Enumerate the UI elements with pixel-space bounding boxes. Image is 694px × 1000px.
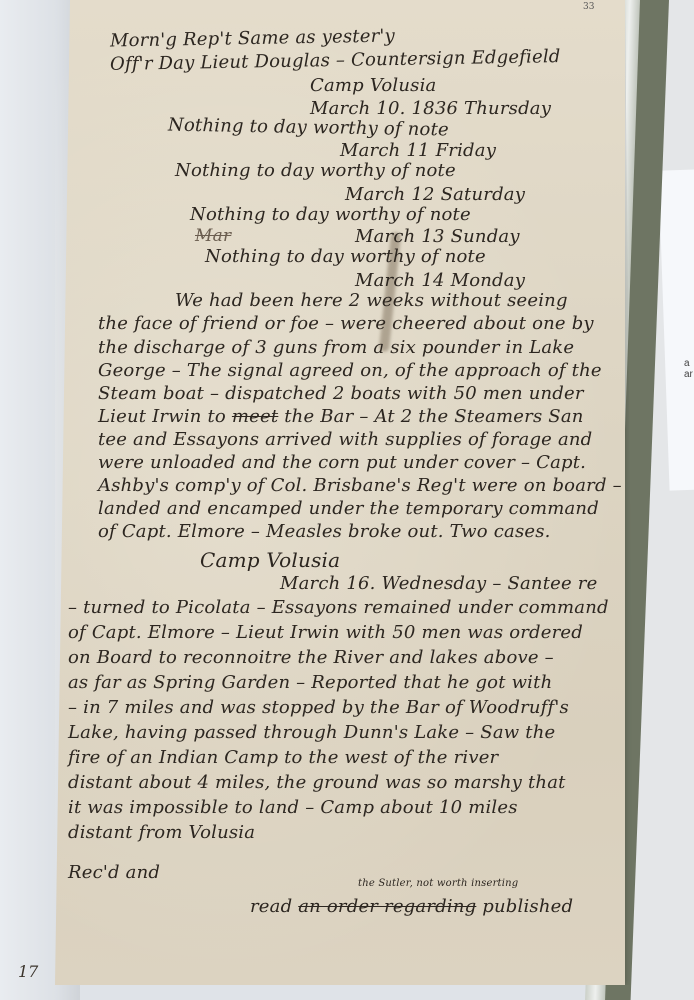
journal-date-heading: March 16. Wednesday – Santee re	[280, 573, 597, 594]
journal-date-heading: March 14 Monday	[355, 270, 525, 291]
journal-line: were unloaded and the corn put under cov…	[98, 452, 586, 473]
journal-line: We had been here 2 weeks without seeing	[175, 290, 568, 311]
journal-date-heading: March 13 Sunday	[355, 226, 520, 247]
journal-line: – in 7 miles and was stopped by the Bar …	[68, 697, 569, 718]
journal-line: the face of friend or foe – were cheered…	[98, 313, 594, 334]
journal-line: on Board to reconnoitre the River and la…	[68, 647, 554, 668]
crossed-out-word: Mar	[195, 226, 231, 246]
journal-line: tee and Essayons arrived with supplies o…	[98, 429, 592, 450]
journal-date-heading: March 12 Saturday	[345, 184, 525, 205]
journal-line: Ashby's comp'y of Col. Brisbane's Reg't …	[98, 475, 622, 496]
journal-line: of Capt. Elmore – Lieut Irwin with 50 me…	[68, 622, 583, 643]
journal-line: as far as Spring Garden – Reported that …	[68, 672, 552, 693]
journal-line: Rec'd and	[68, 862, 160, 883]
journal-line: it was impossible to land – Camp about 1…	[68, 797, 518, 818]
journal-date-heading: March 11 Friday	[340, 140, 496, 161]
page-number-top: 33	[583, 2, 594, 12]
crossed-out-word: an order regarding	[298, 896, 476, 917]
journal-line: distant about 4 miles, the ground was so…	[68, 772, 566, 793]
journal-line: of Capt. Elmore – Measles broke out. Two…	[98, 521, 551, 542]
journal-line: read an order regarding published	[250, 896, 573, 917]
journal-line: – turned to Picolata – Essayons remained…	[68, 597, 609, 618]
journal-line: Nothing to day worthy of note	[190, 204, 471, 225]
journal-line: Lake, having passed through Dunn's Lake …	[68, 722, 555, 743]
journal-line: George – The signal agreed on, of the ap…	[98, 360, 602, 381]
camp-heading: Camp Volusia	[200, 548, 340, 572]
journal-line: Nothing to day worthy of note	[175, 160, 456, 181]
journal-date-heading: March 10. 1836 Thursday	[310, 98, 551, 119]
background-card-text: a ar	[684, 358, 693, 380]
interlinear-insertion: the Sutler, not worth inserting	[358, 878, 518, 889]
journal-line: Nothing to day worthy of note	[205, 246, 486, 267]
journal-line: landed and encamped under the temporary …	[98, 498, 599, 519]
page-number-bottom: 17	[18, 962, 38, 981]
journal-line: Camp Volusia	[310, 75, 436, 96]
journal-line: Lieut Irwin to meet the Bar – At 2 the S…	[98, 406, 584, 427]
journal-line: distant from Volusia	[68, 822, 255, 843]
journal-line: Steam boat – dispatched 2 boats with 50 …	[98, 383, 584, 404]
crossed-out-word: meet	[232, 406, 278, 427]
journal-line: the discharge of 3 guns from a six pound…	[98, 337, 574, 358]
journal-line: fire of an Indian Camp to the west of th…	[68, 747, 498, 768]
